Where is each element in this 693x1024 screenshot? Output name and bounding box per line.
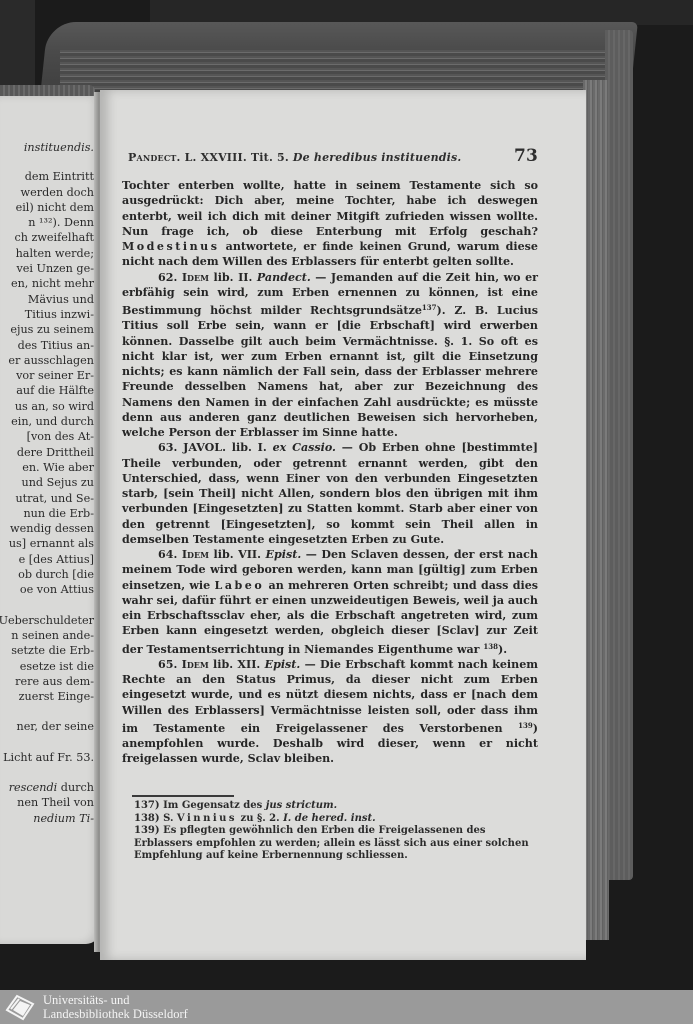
footnote: 137) Im Gegensatz des jus strictum. [134,800,534,813]
text-line: us] ernannt als [0,536,94,551]
page-body: Tochter enterben wollte, hatte in seinem… [122,178,538,767]
text-line: dem Eintritt [0,169,94,184]
library-name-line2: Landesbibliothek Düsseldorf [43,1007,188,1021]
text-line: halten werde; [0,246,94,261]
left-running-head: instituendis. [0,140,94,155]
left-page-lines: Ueberschuldetern seinen ande-setzte die … [0,613,94,705]
text-line: e [des Attius] [0,552,94,567]
footnote-line: nedium Ti- [0,811,94,826]
text-line: vei Unzen ge- [0,261,94,276]
text-line: und Sejus zu [0,475,94,490]
footnote-rule [132,795,234,797]
text-line: vor seiner Er- [0,368,94,383]
text-line: Titius inzwi- [0,307,94,322]
text-line: us an, so wird [0,399,94,414]
footnotes: 137) Im Gegensatz des jus strictum.138) … [134,800,534,863]
left-page-lines: ner, der seine [0,719,94,734]
left-page-footnotes: rescendi durchnen Theil vonnedium Ti- [0,780,94,826]
footnote-line: rescendi durch [0,780,94,795]
left-page: instituendis. dem Eintrittwerden docheil… [0,96,100,944]
text-line: nun die Erb- [0,506,94,521]
background-shadow [0,0,35,85]
right-page: Pandect. L. XXVIII. Tit. 5. De heredibus… [100,90,586,960]
text-line: eil) nicht dem [0,200,94,215]
running-head-book: L. XXVIII. Tit. 5. [185,151,289,164]
left-page-lines: dem Eintrittwerden docheil) nicht demn ¹… [0,169,94,597]
text-line: en, nicht mehr [0,276,94,291]
text-line: oe von Attius [0,582,94,597]
text-line: ner, der seine [0,719,94,734]
left-page-lines: Licht auf Fr. 53. [0,750,94,765]
text-line: ejus zu seinem [0,322,94,337]
text-line: rere aus dem- [0,674,94,689]
paragraph: 64. Idem lib. VII. Epist. — Den Sclaven … [122,547,538,657]
text-line: auf die Hälfte [0,383,94,398]
footnote-number: 138) [134,813,160,824]
paragraph: Tochter enterben wollte, hatte in seinem… [122,178,538,270]
library-name: Universitäts- und Landesbibliothek Düsse… [43,993,188,1021]
text-line: n ¹³²). Denn [0,215,94,230]
text-line: esetze ist die [0,659,94,674]
footnote-number: 137) [134,800,160,811]
book-page-stack-top [60,50,615,90]
running-head-title: De heredibus instituendis. [293,151,462,164]
text-line: [von des At- [0,429,94,444]
text-line: n seinen ande- [0,628,94,643]
text-line: des Titius an- [0,338,94,353]
text-line: ch zweifelhaft [0,230,94,245]
text-line: setzte die Erb- [0,643,94,658]
text-line: wendig dessen [0,521,94,536]
library-name-line1: Universitäts- und [43,993,188,1007]
paragraph: 62. Idem lib. II. Pandect. — Jemanden au… [122,270,538,441]
footnote: 139) Es pflegten gewöhnlich den Erben di… [134,825,534,863]
text-line: Licht auf Fr. 53. [0,750,94,765]
page-number: 73 [514,146,538,166]
text-line: utrat, und Se- [0,491,94,506]
footnote-line: nen Theil von [0,795,94,810]
text-line: Mävius und [0,292,94,307]
text-line: ob durch [die [0,567,94,582]
paragraph: 65. Idem lib. XII. Epist. — Die Erbschaf… [122,657,538,767]
library-banner: Universitäts- und Landesbibliothek Düsse… [0,990,693,1024]
text-line: zuerst Einge- [0,689,94,704]
text-line: en. Wie aber [0,460,94,475]
book-scan: instituendis. dem Eintrittwerden docheil… [0,0,693,990]
book-logo-icon [3,992,37,1022]
footnote-number: 139) [134,825,160,836]
text-line: er ausschlagen [0,353,94,368]
text-line: werden doch [0,185,94,200]
book-fore-edge [583,80,609,940]
text-line: dere Drittheil [0,445,94,460]
text-line: Ueberschuldeter [0,613,94,628]
footnote: 138) S. Vinnius zu §. 2. I. de hered. in… [134,813,534,826]
text-line: ein, und durch [0,414,94,429]
running-head-pandect: Pandect. [128,151,181,164]
running-head: Pandect. L. XXVIII. Tit. 5. De heredibus… [128,146,538,166]
paragraph: 63. JAVOL. lib. I. ex Cassio. — Ob Erben… [122,440,538,547]
book-cover-right [605,30,633,880]
left-page-text: instituendis. dem Eintrittwerden docheil… [0,140,94,826]
